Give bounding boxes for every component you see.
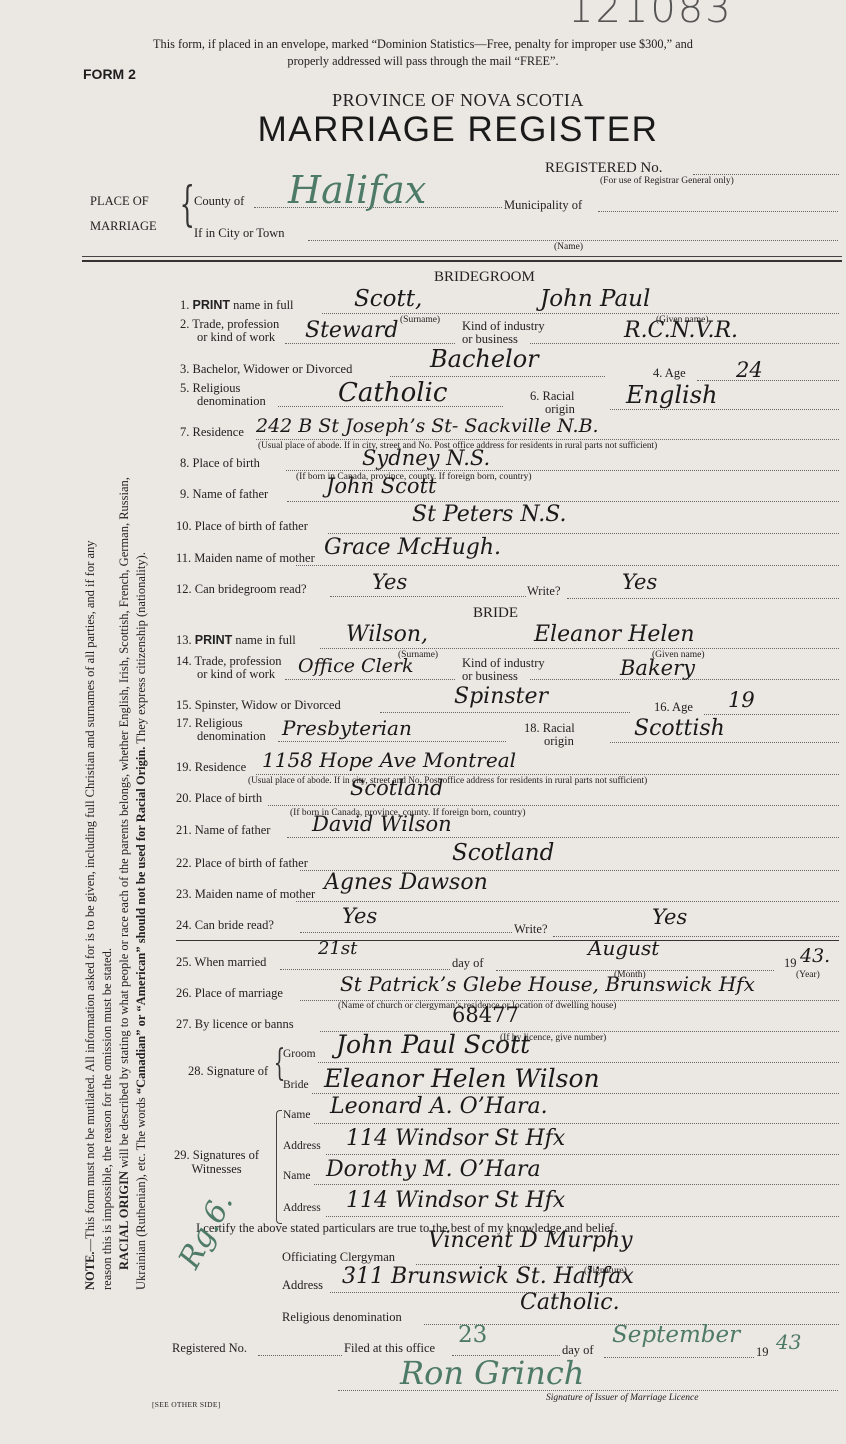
- w2-name-label: Name: [283, 1170, 310, 1182]
- f27-label: 27. By licence or banns: [176, 1017, 294, 1032]
- groom-racial-origin: English: [626, 381, 717, 409]
- f29-label-1: 29. Signatures of: [174, 1148, 259, 1162]
- county-label: County of: [194, 194, 244, 209]
- f8-label: 8. Place of birth: [180, 456, 260, 471]
- marriage-day: 21st: [318, 938, 357, 959]
- bride-father: David Wilson: [312, 812, 452, 836]
- registered-no-label: REGISTERED No.: [545, 160, 663, 177]
- f29-label: 29. Signatures of Witnesses: [174, 1148, 259, 1176]
- bride-divider: [176, 940, 839, 941]
- bride-age: 19: [728, 688, 755, 712]
- f20-label: 20. Place of birth: [176, 791, 262, 806]
- mail-notice: This form, if placed in an envelope, mar…: [0, 36, 846, 70]
- bride-father-birthplace: Scotland: [452, 840, 554, 866]
- groom-given-name: John Paul: [540, 286, 650, 312]
- groom-read-field[interactable]: [330, 596, 526, 597]
- side-note-line4: Ukrainian (Ruthenian), etc. The words “C…: [133, 270, 150, 1290]
- bride-residence-field[interactable]: [256, 774, 839, 775]
- bride-read-field[interactable]: [300, 932, 512, 933]
- racial-origin-bold: RACIAL ORIGIN: [117, 1171, 131, 1270]
- day-of-label: day of: [452, 956, 484, 971]
- bride-age-field[interactable]: [704, 714, 839, 715]
- note-line3-text: will be described by stating to what peo…: [117, 477, 131, 1171]
- bride-father-field[interactable]: [287, 837, 839, 838]
- f18-label: 18. Racial origin: [524, 722, 575, 748]
- bride-industry-label-2: or business: [462, 670, 545, 683]
- witness-bracket: [276, 1110, 282, 1224]
- f1-label-text: name in full: [233, 298, 293, 312]
- mail-notice-line1: This form, if placed in an envelope, mar…: [0, 36, 846, 53]
- clergy-address-label: Address: [282, 1278, 323, 1293]
- f17-label: 17. Religious denomination: [176, 717, 266, 743]
- f1-print-bold: PRINT: [193, 298, 231, 312]
- f14-label-1: Trade, profession: [195, 654, 282, 668]
- groom-name-field[interactable]: [322, 313, 839, 314]
- side-note-line1: NOTE.—This form must not be mutilated. A…: [82, 270, 99, 1290]
- filed-month: September: [612, 1322, 740, 1348]
- f4-label: 4. Age: [653, 366, 686, 381]
- groom-status: Bachelor: [430, 345, 539, 373]
- bride-name-field[interactable]: [320, 648, 839, 649]
- w1-address-label: Address: [283, 1140, 321, 1152]
- groom-industry: R.C.N.V.R.: [624, 318, 738, 343]
- groom-father: John Scott: [326, 474, 436, 498]
- f15-label: 15. Spinster, Widow or Divorced: [176, 698, 341, 713]
- f25-label: 25. When married: [176, 955, 266, 970]
- f2-label-2: or kind of work: [180, 331, 279, 344]
- groom-status-field[interactable]: [390, 376, 605, 377]
- groom-religion: Catholic: [338, 378, 447, 408]
- f14-label: 14. Trade, profession or kind of work: [176, 655, 282, 681]
- f16-label: 16. Age: [654, 700, 693, 715]
- f17-label-2: denomination: [176, 730, 266, 743]
- w1-name-field[interactable]: [314, 1123, 839, 1124]
- marriage-month: August: [588, 936, 659, 960]
- f23-label: 23. Maiden name of mother: [176, 887, 315, 902]
- clergy-religion-label: Religious denomination: [282, 1310, 402, 1325]
- groom-write-field[interactable]: [567, 598, 839, 599]
- f24-label: 24. Can bride read?: [176, 918, 274, 933]
- licence-number: 68477: [452, 1003, 519, 1027]
- clergy-signature: Vincent D Murphy: [428, 1228, 633, 1253]
- f9-label: 9. Name of father: [180, 487, 268, 502]
- f19-label: 19. Residence: [176, 760, 246, 775]
- pencil-reference-number: 121083: [568, 0, 733, 32]
- side-note-line3: RACIAL ORIGIN will be described by stati…: [116, 270, 133, 1290]
- bride-mother: Agnes Dawson: [324, 870, 488, 895]
- filed-day: 23: [458, 1322, 487, 1348]
- bride-residence-caption: (Usual place of abode. If in city, stree…: [248, 776, 647, 786]
- filed-month-field[interactable]: [604, 1357, 754, 1358]
- bride-racial-field[interactable]: [610, 742, 839, 743]
- registered-no-bottom-field[interactable]: [258, 1355, 342, 1356]
- bride-racial-origin: Scottish: [634, 716, 725, 741]
- groom-trade-field[interactable]: [285, 343, 455, 344]
- f12-label: 12. Can bridegroom read?: [176, 582, 307, 597]
- bride-birthplace-field[interactable]: [268, 805, 839, 806]
- filed-year: 43: [776, 1330, 801, 1354]
- f2-label-1: Trade, profession: [192, 317, 279, 331]
- f1-label: 1. PRINT name in full: [180, 298, 294, 313]
- bride-industry: Bakery: [620, 656, 695, 680]
- f14-label-2: or kind of work: [176, 668, 282, 681]
- bride-can-read: Yes: [342, 904, 377, 928]
- filed-year-prefix: 19: [756, 1345, 769, 1360]
- f13-label-text: name in full: [235, 633, 295, 647]
- f13-print-bold: PRINT: [195, 633, 233, 647]
- form-number: FORM 2: [83, 66, 136, 82]
- groom-can-write: Yes: [622, 570, 657, 594]
- place-brace: {: [180, 180, 195, 228]
- note-bold: NOTE.: [83, 1251, 97, 1290]
- bride-religion: Presbyterian: [282, 716, 412, 740]
- groom-trade: Steward: [305, 318, 398, 343]
- city-name-caption: (Name): [554, 242, 583, 252]
- f21-label: 21. Name of father: [176, 823, 270, 838]
- groom-birthplace: Sydney N.S.: [362, 446, 490, 470]
- issuer-caption: Signature of Issuer of Marriage Licence: [546, 1393, 698, 1403]
- groom-surname: Scott,: [354, 286, 422, 312]
- w2-address-field[interactable]: [326, 1216, 839, 1217]
- groom-signature: John Paul Scott: [336, 1030, 530, 1059]
- bride-birthplace: Scotland: [350, 776, 443, 800]
- county-value: Halifax: [288, 168, 426, 212]
- province-title: PROVINCE OF NOVA SCOTIA: [0, 90, 846, 111]
- bride-trade-field[interactable]: [285, 679, 455, 680]
- f5-label-2: denomination: [180, 395, 266, 408]
- city-label: If in City or Town: [194, 226, 285, 241]
- header-divider: [82, 256, 842, 262]
- groom-father-birthplace-field[interactable]: [328, 533, 839, 534]
- bride-religion-field[interactable]: [278, 741, 506, 742]
- groom-signature-field[interactable]: [318, 1062, 839, 1063]
- marriage-day-field[interactable]: [280, 969, 450, 970]
- f6-label: 6. Racial origin: [530, 390, 575, 416]
- municipality-field[interactable]: [598, 211, 838, 212]
- groom-birthplace-field[interactable]: [286, 470, 839, 471]
- f22-label: 22. Place of birth of father: [176, 856, 308, 871]
- bride-can-write: Yes: [652, 905, 687, 929]
- f10-label: 10. Place of birth of father: [176, 519, 308, 534]
- f28-label: 28. Signature of: [188, 1064, 268, 1079]
- groom-write-label: Write?: [527, 584, 561, 599]
- groom-mother-field[interactable]: [296, 565, 839, 566]
- page-title: MARRIAGE REGISTER: [0, 110, 846, 150]
- note-line4-bold: “Canadian” or “American” should not be u…: [134, 747, 148, 1095]
- clergy-religion: Catholic.: [520, 1290, 620, 1315]
- f7-label: 7. Residence: [180, 425, 244, 440]
- surname-caption: (Surname): [400, 315, 440, 325]
- groom-industry-field[interactable]: [530, 343, 839, 344]
- f29-label-2: Witnesses: [174, 1162, 259, 1176]
- f13-label: 13. PRINT name in full: [176, 633, 296, 648]
- clergy-address: 311 Brunswick St. Halifax: [342, 1264, 634, 1289]
- bride-mother-field[interactable]: [296, 901, 839, 902]
- note-line4-b: They express citizenship (nationality).: [134, 552, 148, 747]
- bride-status-field[interactable]: [380, 712, 630, 713]
- year-caption: (Year): [796, 970, 820, 980]
- f2-label: 2. Trade, profession or kind of work: [180, 318, 279, 344]
- see-other-side: [SEE OTHER SIDE]: [152, 1400, 221, 1409]
- groom-age-field[interactable]: [697, 380, 839, 381]
- issuer-signature: Ron Grinch: [400, 1354, 584, 1392]
- registered-no-field[interactable]: [693, 174, 839, 175]
- f5-label: 5. Religious denomination: [180, 382, 266, 408]
- groom-age: 24: [736, 358, 763, 382]
- f26-label: 26. Place of marriage: [176, 986, 283, 1001]
- witness2-address: 114 Windsor St Hfx: [346, 1188, 565, 1213]
- side-note: NOTE.—This form must not be mutilated. A…: [82, 270, 182, 1290]
- w1-name-label: Name: [283, 1109, 310, 1121]
- municipality-label: Municipality of: [504, 198, 582, 213]
- witness2-name: Dorothy M. O’Hara: [326, 1157, 541, 1182]
- bride-section-title: BRIDE: [473, 605, 518, 622]
- registered-no-bottom-label: Registered No.: [172, 1341, 247, 1356]
- w1-address-field[interactable]: [326, 1154, 839, 1155]
- marriage-place: St Patrick’s Glebe House, Brunswick Hfx: [340, 972, 755, 996]
- bridegroom-section-title: BRIDEGROOM: [434, 269, 535, 286]
- bride-residence: 1158 Hope Ave Montreal: [262, 748, 516, 772]
- groom-residence: 242 B St Joseph’s St- Sackville N.B.: [256, 415, 599, 437]
- registered-no-note: (For use of Registrar General only): [600, 176, 734, 186]
- note-line4-a: Ukrainian (Ruthenian), etc. The words: [134, 1094, 148, 1290]
- groom-can-read: Yes: [372, 570, 407, 594]
- side-note-line2: reason this is impossible, the reason fo…: [99, 270, 116, 1290]
- bride-surname: Wilson,: [346, 622, 428, 647]
- clergy-label: Officiating Clergyman: [282, 1250, 395, 1265]
- bride-sig-label: Bride: [283, 1079, 309, 1091]
- marriage-year: 43.: [800, 945, 830, 967]
- city-field[interactable]: [308, 240, 838, 241]
- w2-address-label: Address: [283, 1202, 321, 1214]
- bride-signature: Eleanor Helen Wilson: [324, 1064, 600, 1093]
- groom-racial-field[interactable]: [610, 409, 839, 410]
- w2-name-field[interactable]: [314, 1184, 839, 1185]
- witness1-address: 114 Windsor St Hfx: [346, 1126, 565, 1151]
- year-prefix: 19: [784, 956, 797, 971]
- f11-label: 11. Maiden name of mother: [176, 551, 315, 566]
- groom-residence-field[interactable]: [256, 439, 839, 440]
- place-of-marriage-label: PLACE OF MARRIAGE: [90, 189, 157, 239]
- f18-label-2: origin: [524, 735, 575, 748]
- groom-mother: Grace McHugh.: [324, 535, 501, 560]
- groom-father-birthplace: St Peters N.S.: [412, 502, 567, 527]
- note-line1-text: —This form must not be mutilated. All in…: [83, 540, 97, 1251]
- bride-trade: Office Clerk: [298, 655, 414, 677]
- bride-write-label: Write?: [514, 922, 548, 937]
- place-label-line1: PLACE OF: [90, 189, 157, 214]
- witness1-name: Leonard A. O’Hara.: [330, 1094, 548, 1119]
- bride-given-name: Eleanor Helen: [534, 622, 695, 647]
- place-label-line2: MARRIAGE: [90, 214, 157, 239]
- bride-status: Spinster: [454, 684, 548, 709]
- groom-sig-label: Groom: [283, 1048, 316, 1060]
- f3-label: 3. Bachelor, Widower or Divorced: [180, 362, 352, 377]
